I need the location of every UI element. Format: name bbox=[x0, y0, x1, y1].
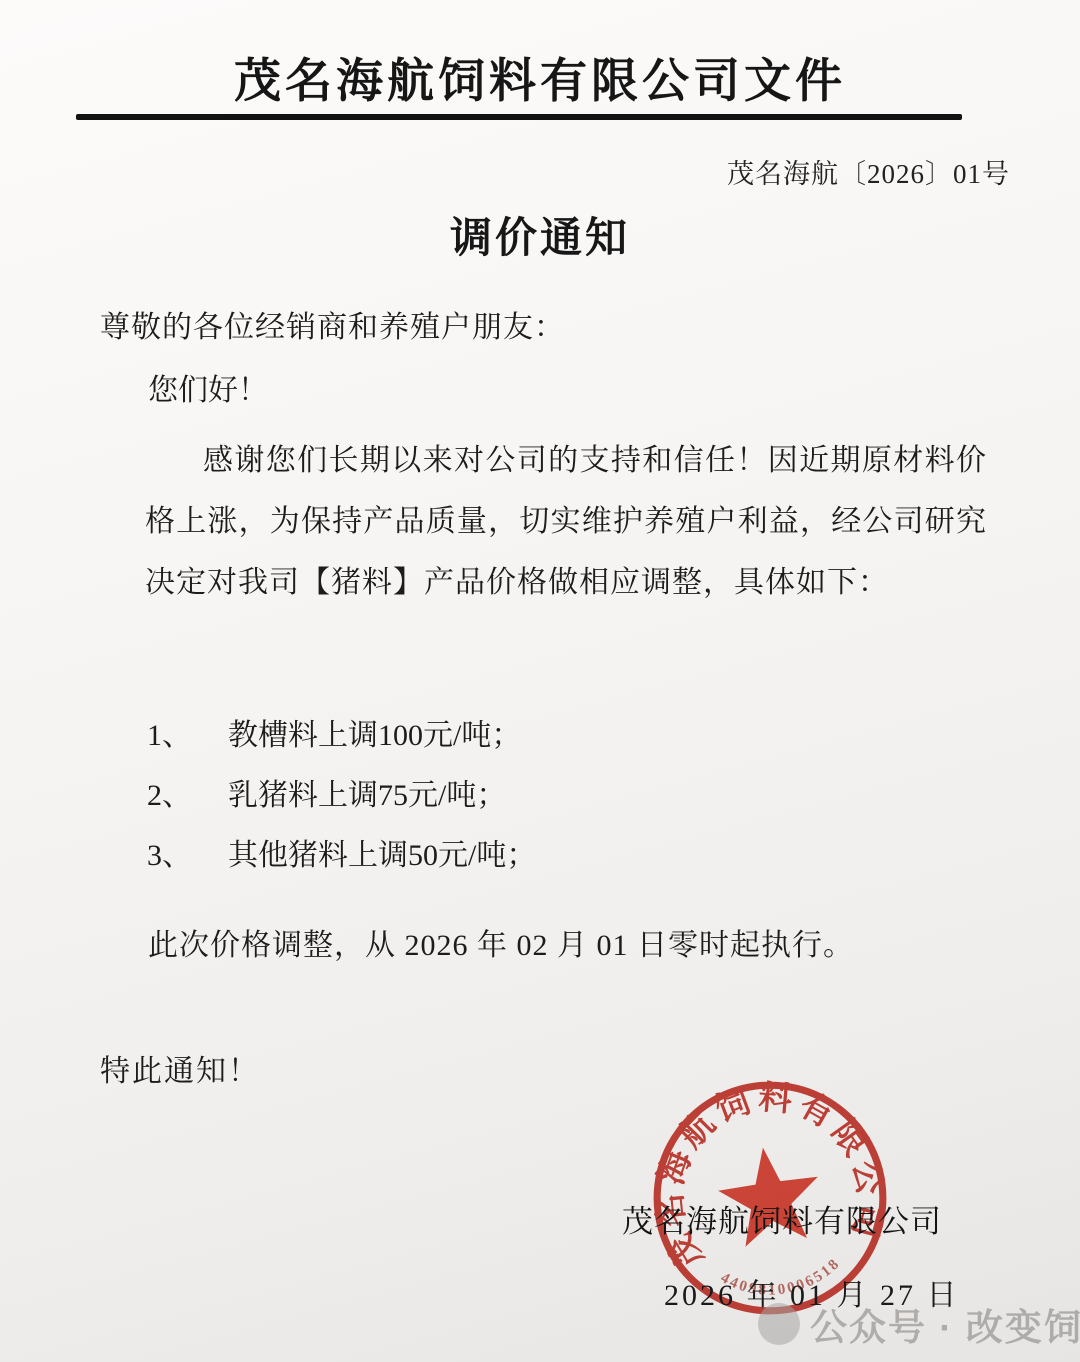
list-item-number: 2、 bbox=[147, 770, 228, 814]
salutation-line: 尊敬的各位经销商和养殖户朋友： bbox=[100, 302, 565, 346]
closing-line: 特此通知！ bbox=[100, 1046, 260, 1090]
signature-company-name: 茂名海航饲料有限公司 bbox=[612, 1196, 952, 1241]
watermark-logo-icon bbox=[758, 1303, 800, 1345]
list-item-text: 教槽料上调100元/吨； bbox=[228, 710, 521, 754]
document-number: 茂名海航〔2026〕01号 bbox=[727, 152, 1010, 191]
list-item: 1、 教槽料上调100元/吨； bbox=[147, 710, 536, 770]
header-divider-rule bbox=[76, 114, 962, 120]
notice-title: 调价通知 bbox=[0, 205, 1080, 265]
list-item-number: 1、 bbox=[147, 710, 228, 754]
list-item-number: 3、 bbox=[147, 830, 228, 874]
list-item: 3、 其他猪料上调50元/吨； bbox=[147, 830, 536, 890]
list-item-text: 乳猪料上调75元/吨； bbox=[228, 770, 506, 814]
company-file-header: 茂名海航饲料有限公司文件 bbox=[0, 44, 1080, 111]
greeting-line: 您们好！ bbox=[148, 365, 268, 409]
price-adjustment-list: 1、 教槽料上调100元/吨； 2、 乳猪料上调75元/吨； 3、 其他猪料上调… bbox=[147, 710, 536, 890]
list-item: 2、 乳猪料上调75元/吨； bbox=[147, 770, 536, 830]
document-page: 茂名海航饲料有限公司文件 茂名海航〔2026〕01号 调价通知 尊敬的各位经销商… bbox=[0, 0, 1080, 1362]
body-paragraph: 感谢您们长期以来对公司的支持和信任！因近期原材料价格上涨，为保持产品质量，切实维… bbox=[145, 430, 987, 613]
watermark: 公众号 · 改变饲界 bbox=[758, 1297, 1080, 1351]
effective-date-line: 此次价格调整，从 2026 年 02 月 01 日零时起执行。 bbox=[148, 920, 854, 964]
list-item-text: 其他猪料上调50元/吨； bbox=[228, 830, 536, 874]
watermark-text: 公众号 · 改变饲界 bbox=[810, 1297, 1080, 1351]
